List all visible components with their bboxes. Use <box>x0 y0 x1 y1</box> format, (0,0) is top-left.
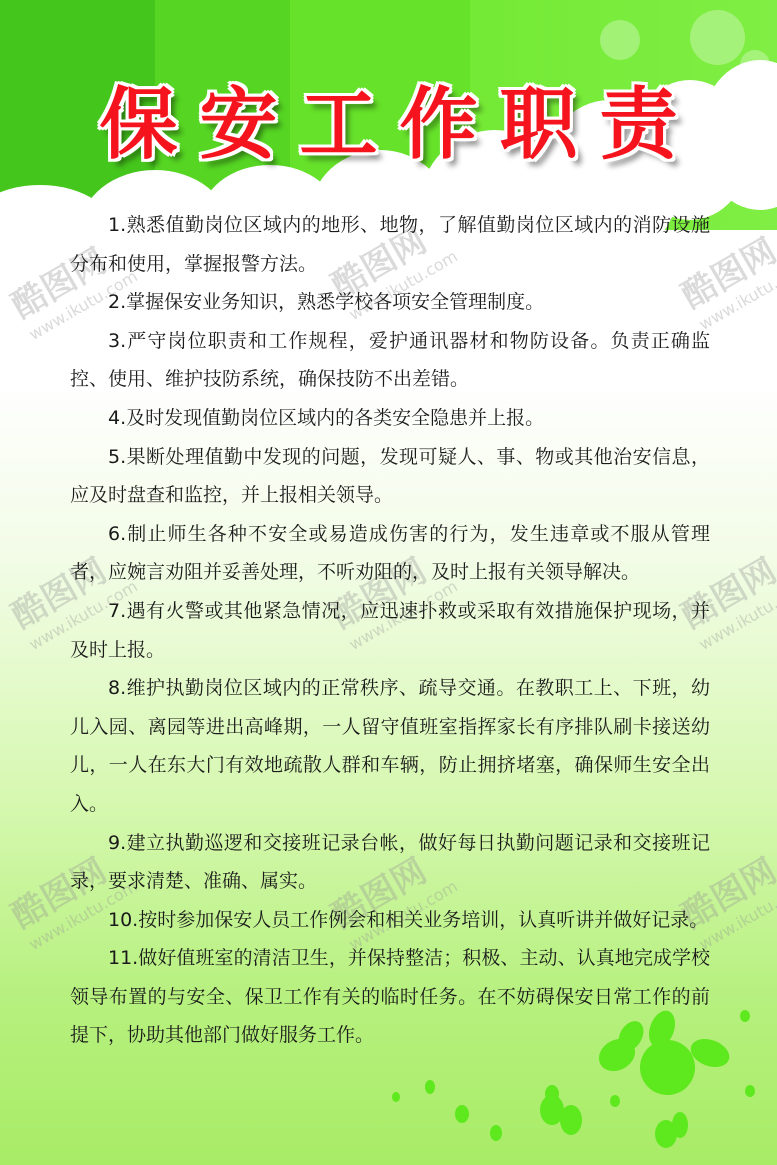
duty-item: 4.及时发现值勤岗位区域内的各类安全隐患并上报。 <box>70 399 710 438</box>
duty-item: 11.做好值班室的清洁卫生，并保持整洁；积极、主动、认真地完成学校领导布置的与安… <box>70 939 710 1055</box>
duty-item: 3.严守岗位职责和工作规程，爱护通讯器材和物防设备。负责正确监控、使用、维护技防… <box>70 322 710 399</box>
duties-list: 1.熟悉值勤岗位区域内的地形、地物，了解值勤岗位区域内的消防设施分布和使用，掌握… <box>70 206 710 1055</box>
duty-item: 1.熟悉值勤岗位区域内的地形、地物，了解值勤岗位区域内的消防设施分布和使用，掌握… <box>70 206 710 283</box>
duty-item: 8.维护执勤岗位区域内的正常秩序、疏导交通。在教职工上、下班，幼儿入园、离园等进… <box>70 669 710 823</box>
decorative-flower <box>690 10 745 65</box>
poster-title: 保安工作职责 <box>0 62 777 174</box>
duty-item: 9.建立执勤巡逻和交接班记录台帐，做好每日执勤问题记录和交接班记录，要求清楚、准… <box>70 824 710 901</box>
decorative-flower <box>600 20 640 60</box>
duty-item: 2.掌握保安业务知识，熟悉学校各项安全管理制度。 <box>70 283 710 322</box>
duty-item: 6.制止师生各种不安全或易造成伤害的行为，发生违章或不服从管理者，应婉言劝阻并妥… <box>70 515 710 592</box>
duty-item: 5.果断处理值勤中发现的问题，发现可疑人、事、物或其他治安信息，应及时盘查和监控… <box>70 438 710 515</box>
duty-item: 7.遇有火警或其他紧急情况，应迅速扑救或采取有效措施保护现场，并及时上报。 <box>70 592 710 669</box>
duty-item: 10.按时参加保安人员工作例会和相关业务培训，认真听讲并做好记录。 <box>70 901 710 940</box>
